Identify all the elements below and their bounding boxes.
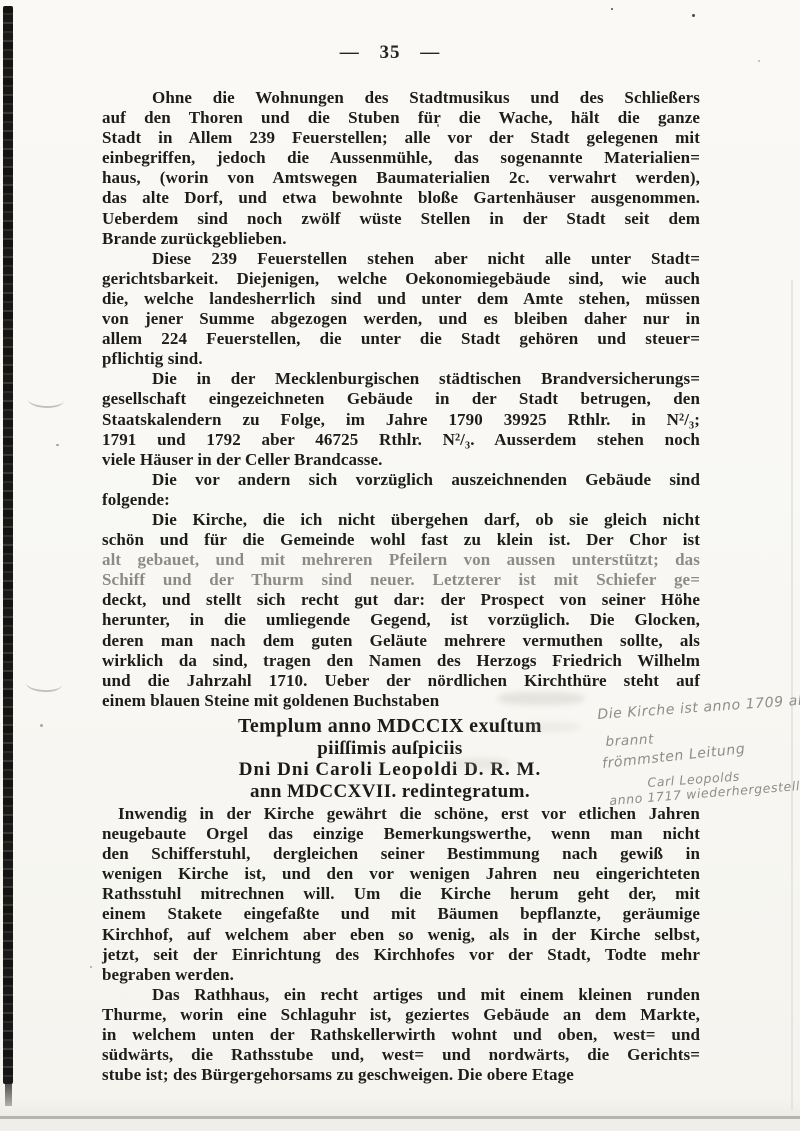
scan-speck (124, 1012, 126, 1014)
text-line: einem blauen Steine mit goldenen Buchsta… (102, 691, 700, 711)
paragraph-rathhaus: Das Rathhaus, ein recht artiges und mit … (102, 985, 700, 1085)
text-line: einem Stakete eingefaßte und mit Bäumen … (102, 904, 700, 924)
scan-speck (90, 966, 92, 968)
text-line: 1791 und 1792 aber 46725 Rthlr. N²/₃. Au… (102, 430, 700, 450)
text-line: gesellschaft eingezeichneten Gebäude in … (102, 389, 700, 409)
text-line: Thurme, worin eine Schlaguhr ist, gezier… (102, 1005, 700, 1025)
text-line: von jener Summe abgezogen werden, und es… (102, 309, 700, 329)
text-line: schön und für die Gemeinde wohl fast zu … (102, 530, 700, 550)
body-text-lower: Inwendig in der Kirche gewährt die schön… (102, 804, 700, 1085)
text-line: alt gebauet, und mit mehreren Pfeilern v… (102, 550, 700, 570)
latin-inscription: Templum anno MDCCIX exuſtum piiſſimis au… (60, 716, 720, 802)
text-line: in welchem unten der Rathskellerwirth wo… (102, 1025, 700, 1045)
paragraph-kirche: Die Kirche, die ich nicht übergehen darf… (102, 510, 700, 711)
text-line: Diese 239 Feuerstellen stehen aber nicht… (102, 249, 700, 269)
text-line: deren man nach dem guten Geläute mehrere… (102, 631, 700, 651)
text-line: Stadt in Allem 239 Feuerstellen; alle vo… (102, 128, 700, 148)
text-line: stube ist; des Bürgergehorsams zu geschw… (102, 1065, 700, 1085)
paragraph-feuerstellen: Ohne die Wohnungen des Stadtmusikus und … (102, 88, 700, 249)
text-line: einbegriffen, jedoch die Aussenmühle, da… (102, 148, 700, 168)
text-line: neugebaute Orgel das einzige Bemerkungsw… (102, 824, 700, 844)
text-line: auf den Thoren und die Stuben für die Wa… (102, 108, 700, 128)
text-line: jetzt, seit der Einrichtung des Kirchhof… (102, 945, 700, 965)
scan-speck (437, 124, 439, 127)
paper-crease-mark (28, 391, 65, 408)
scan-speck (56, 444, 59, 446)
paragraph-gebaeude-intro: Die vor andern sich vorzüglich auszeichn… (102, 470, 700, 510)
paragraph-kirche-innen: Inwendig in der Kirche gewährt die schön… (102, 804, 700, 985)
text-line: Staatskalendern zu Folge, im Jahre 1790 … (102, 410, 700, 430)
text-line: herunter, in die umliegende Gegend, ist … (102, 610, 700, 630)
text-line: Die Kirche, die ich nicht übergehen darf… (102, 510, 700, 530)
scan-speck (758, 60, 760, 62)
text-line: südwärts, die Rathsstube und, west= und … (102, 1045, 700, 1065)
text-line: Die in der Mecklenburgischen städtischen… (102, 369, 700, 389)
text-line: wirklich da sind, tragen den Namen des H… (102, 651, 700, 671)
ink-bleedthrough-smudge (520, 722, 580, 732)
text-line: gerichtsbarkeit. Diejenigen, welche Oeko… (102, 269, 700, 289)
scan-speck (40, 724, 43, 727)
text-line: folgende: (102, 490, 700, 510)
ink-bleedthrough-smudge (448, 758, 510, 770)
paragraph-stadtgerichtsbarkeit: Diese 239 Feuerstellen stehen aber nicht… (102, 249, 700, 370)
scan-speck (611, 8, 613, 10)
inscription-line: piiſſimis auſpiciis (60, 738, 720, 760)
text-line: die, welche landesherrlich sind und unte… (102, 289, 700, 309)
scan-binding-edge-fade (5, 1084, 12, 1106)
text-line: pflichtig sind. (102, 349, 700, 369)
text-line: viele Häuser in der Celler Brandcasse. (102, 450, 700, 470)
scan-binding-edge (3, 6, 13, 1084)
inscription-line: Templum anno MDCCIX exuſtum (60, 716, 720, 738)
paragraph-brandversicherung: Die in der Mecklenburgischen städtischen… (102, 369, 700, 469)
text-line: Brande zurückgeblieben. (102, 229, 700, 249)
text-line: Kirchhof, auf welchem aber eben so wenig… (102, 925, 700, 945)
scan-speck (692, 14, 695, 17)
inscription-line: Dni Dni Caroli Leopoldi D. R. M. (60, 759, 720, 781)
scanned-book-page: — 35 — Ohne die Wohnungen des Stadtmusik… (0, 0, 800, 1131)
text-line: den Schifferstuhl, dergleichen seiner Be… (102, 844, 700, 864)
text-line: Schiff und der Thurm sind neuer. Letzter… (102, 570, 700, 590)
page-right-edge-shadow (791, 280, 793, 1110)
page-number: — 35 — (0, 42, 780, 64)
text-line: Rathsstuhl mitrechnen will. Um die Kirch… (102, 884, 700, 904)
body-text-upper: Ohne die Wohnungen des Stadtmusikus und … (102, 88, 700, 711)
text-line: Die vor andern sich vorzüglich auszeichn… (102, 470, 700, 490)
text-line: allem 224 Feuerstellen, die unter die St… (102, 329, 700, 349)
paper-crease-mark (26, 675, 63, 693)
text-line: wenigen Kirche ist, und den vor wenigen … (102, 864, 700, 884)
text-line: Ohne die Wohnungen des Stadtmusikus und … (102, 88, 700, 108)
scan-bottom-margin (0, 1119, 800, 1131)
text-line: das alte Dorf, und etwa bewohnte bloße G… (102, 188, 700, 208)
ink-bleedthrough-smudge (498, 692, 584, 705)
text-line: Ueberdem sind noch zwölf wüste Stellen i… (102, 209, 700, 229)
text-line: und die Jahrzahl 1710. Ueber der nördlic… (102, 671, 700, 691)
text-line: haus, (worin von Amtswegen Baumaterialie… (102, 168, 700, 188)
text-line: begraben werden. (102, 965, 700, 985)
text-line: deckt, und stellt sich recht gut dar: de… (102, 590, 700, 610)
text-line: Inwendig in der Kirche gewährt die schön… (102, 804, 700, 824)
inscription-line: ann MDCCXVII. redintegratum. (60, 781, 720, 803)
text-line: Das Rathhaus, ein recht artiges und mit … (102, 985, 700, 1005)
